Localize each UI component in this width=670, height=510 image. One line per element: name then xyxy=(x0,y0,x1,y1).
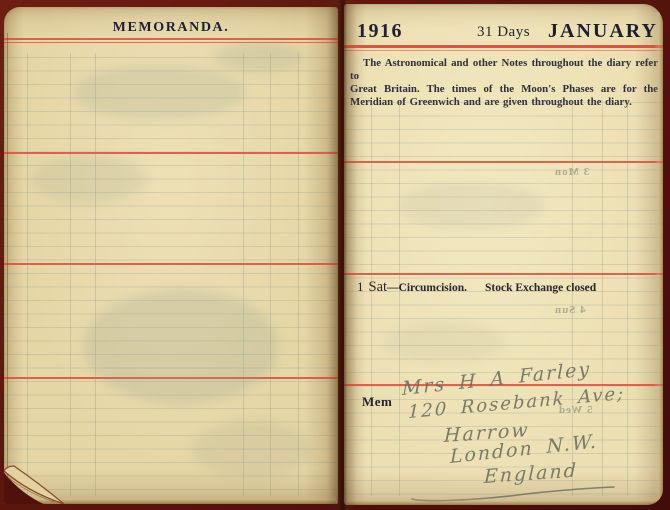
mem-label: Mem xyxy=(362,394,392,410)
column-line xyxy=(243,53,244,496)
red-rule xyxy=(344,161,663,163)
column-line xyxy=(399,100,400,496)
column-line xyxy=(298,53,299,496)
red-rule xyxy=(4,42,338,43)
handwriting-flourish xyxy=(408,485,620,503)
entry-holiday: —Circumcision. xyxy=(387,282,467,294)
red-rule xyxy=(4,263,338,265)
diary-scan: MEMORANDA. 1916 31 Days JANUARY xyxy=(0,0,670,510)
entry-day: 1 xyxy=(357,279,364,294)
red-rule xyxy=(344,50,663,51)
entry-weekday: Sat xyxy=(369,279,388,295)
show-through-stain xyxy=(74,65,244,120)
column-line xyxy=(95,53,96,496)
ghost-text: 4 Sun xyxy=(554,304,586,316)
column-line xyxy=(627,100,628,496)
show-through-stain xyxy=(384,322,504,362)
show-through-stain xyxy=(214,42,304,72)
left-page: MEMORANDA. xyxy=(4,7,338,504)
red-rule xyxy=(344,45,663,48)
column-line xyxy=(270,53,271,496)
red-rule xyxy=(4,377,338,379)
note-line: Meridian of Greenwich and are given thro… xyxy=(350,96,658,109)
astronomical-note: The Astronomical and other Notes through… xyxy=(350,57,658,109)
curled-corner xyxy=(4,454,76,504)
red-rule xyxy=(4,152,338,154)
show-through-stain xyxy=(192,422,312,477)
handwriting-country: England xyxy=(484,459,579,488)
show-through-stain xyxy=(84,289,279,404)
column-line xyxy=(27,53,28,496)
diary-entry-jan-1: 1Sat—Circumcision.Stock Exchange closed xyxy=(357,278,596,296)
right-page: 1916 31 Days JANUARY The Astronomical an… xyxy=(344,4,663,505)
note-line: The Astronomical and other Notes through… xyxy=(350,57,658,83)
entry-note: Stock Exchange closed xyxy=(485,282,596,294)
month-label: JANUARY xyxy=(548,20,658,43)
column-line xyxy=(602,100,603,496)
red-rule xyxy=(344,273,663,275)
show-through-stain xyxy=(32,155,147,203)
column-line xyxy=(70,53,71,496)
column-line xyxy=(371,100,372,496)
memoranda-title: MEMORANDA. xyxy=(4,20,338,36)
ghost-text: 3 Mon xyxy=(554,166,589,178)
ruled-lines xyxy=(4,57,338,497)
show-through-stain xyxy=(399,182,544,230)
margin-line xyxy=(7,33,8,486)
note-line: Great Britain. The times of the Moon's P… xyxy=(350,83,658,96)
red-rule xyxy=(4,38,338,40)
